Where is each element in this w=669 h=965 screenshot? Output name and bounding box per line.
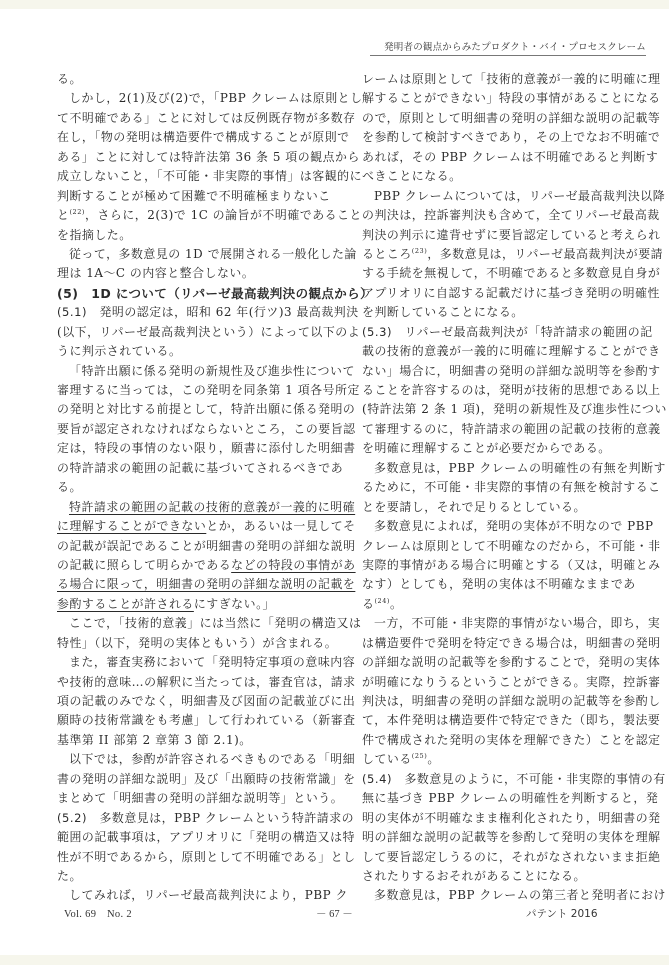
- line-text: の詳細な説明の記載等を参酌することで，発明の実体: [362, 655, 660, 669]
- text-line: されたりするおそれがあることになる。: [362, 867, 644, 886]
- underlined-text: などの特段の事情があ: [231, 558, 355, 572]
- line-text-continued: にすぎない。」: [194, 597, 275, 611]
- subsection-label: (5.2): [57, 811, 87, 825]
- line-text: を判断していることになる。: [362, 305, 524, 319]
- line-text: や技術的意味…の解釈に当たっては，審査官は，請求: [57, 675, 356, 689]
- text-line: の判決は，控訴審判決も含めて，全てリパーゼ最高裁: [362, 206, 644, 225]
- line-text: の発明と対比する前提として，特許出願に係る発明の: [57, 402, 355, 416]
- line-text: る: [362, 597, 374, 611]
- line-text: リパーゼ最高裁判決が「特許請求の範囲の記: [392, 325, 653, 339]
- line-text: と: [57, 208, 69, 222]
- line-text: 一方，不可能・非実際的事情がない場合，即ち，実: [374, 616, 660, 630]
- line-text: して要旨認定しうるのに，それがなされないまま拒絶: [362, 850, 661, 864]
- line-text: うに判示されている。: [57, 344, 181, 358]
- text-line: 一方，不可能・非実際的事情がない場合，即ち，実: [362, 614, 644, 633]
- text-line: と(22)，さらに，2(3)で 1C の論旨が不明確であること: [57, 206, 339, 225]
- line-text: 無に基づき PBP クレームの明確性を判断すると，発: [362, 791, 658, 805]
- text-line: は構造要件で発明を特定できる場合は，明細書の発明: [362, 634, 644, 653]
- text-line: 多数意見によれば，発明の実体が不明なので PBP: [362, 517, 644, 536]
- left-column: る。しかし，2(1)及び(2)で，「PBP クレームは原則として不明確である」こ…: [57, 70, 339, 906]
- text-line: 要旨が認定されなければならないところ，この要旨認: [57, 420, 339, 439]
- underlined-text: 特許請求の範囲の記載の技術的意義が一義的に明確: [69, 500, 355, 514]
- line-text: ある」ことに対しては特許法第 36 条 5 項の観点から: [57, 150, 360, 164]
- text-line: (5.1) 発明の認定は，昭和 62 年(行ツ)3 最高裁判決: [57, 303, 339, 322]
- line-text: 多数意見は，PBP クレームの第三者と発明者におけ: [374, 888, 666, 902]
- text-line: してみれば，リパーゼ最高裁判決により，PBP ク: [57, 886, 339, 905]
- line-text: 従って，多数意見の 1D で展開される一般化した論: [69, 247, 357, 261]
- line-text: クレームは原則として不明確なのだから，不可能・非: [362, 539, 661, 553]
- text-line: 明の詳細な説明の記載等を参酌して発明の実体を理解: [362, 828, 644, 847]
- top-margin-band: [0, 0, 669, 9]
- line-text: る。: [57, 72, 82, 86]
- text-line: 判決の判示に違背せずに要旨認定していると考えられ: [362, 226, 644, 245]
- line-text: る。: [57, 480, 82, 494]
- line-text: 判決は，明細書の発明の詳細な説明の記載等を参酌し: [362, 694, 661, 708]
- underlined-text: 参酌することが許される: [57, 597, 194, 611]
- line-text: まとめて「明細書の発明の詳細な説明等」という。: [57, 791, 343, 805]
- text-line: する手続を無視して，不明確であると多数意見自身が: [362, 264, 644, 283]
- text-line: て不明確である」ことに対しては反例既存物が多数存: [57, 109, 339, 128]
- line-text: あれば，その PBP クレームは不明確であると判断す: [362, 150, 658, 164]
- line-text: が明確になりうるということができる。実際，控訴審: [362, 675, 661, 689]
- text-line: 明の実体が不明確なまま権利化されたり，明細書の発: [362, 809, 644, 828]
- underlined-text: に理解することができない: [57, 519, 206, 533]
- text-line: た。: [57, 867, 339, 886]
- text-line: 解することができない」特段の事情があることになる: [362, 89, 644, 108]
- line-text: て審理するのに，特許請求の範囲の記載の技術的意義: [362, 422, 661, 436]
- text-line: 多数意見は，PBP クレームの第三者と発明者におけ: [362, 886, 644, 905]
- line-text: べきことになる。: [362, 169, 462, 183]
- text-line: 審理するに当っては，この発明を同条第 1 項各号所定: [57, 381, 339, 400]
- footnote-ref[interactable]: (25): [412, 752, 428, 760]
- text-line: して要旨認定しうるのに，それがなされないまま拒絶: [362, 848, 644, 867]
- footer-journal: パテント 2016: [526, 906, 598, 921]
- line-text: ることを許容するのは，発明が技術的思想である以上: [362, 383, 661, 397]
- text-line: (5.4) 多数意見のように，不可能・非実際的事情の有: [362, 770, 644, 789]
- bottom-margin-band: [0, 955, 669, 965]
- line-text: 書の発明の詳細な説明」及び「出願時の技術常識」を: [57, 772, 356, 786]
- text-line: クレームは原則として不明確なのだから，不可能・非: [362, 537, 644, 556]
- line-text: アプリオリに自認する記載だけに基づき発明の明確性: [362, 286, 660, 300]
- text-line: る。: [57, 478, 339, 497]
- line-text: 特性」（以下，発明の実体ともいう）が含まれる。: [57, 636, 337, 650]
- text-line: るところ(23)，多数意見は，リパーゼ最高裁判決が要請: [362, 245, 644, 264]
- text-line: る場合に限って，明細書の発明の詳細な説明の記載を: [57, 575, 339, 594]
- line-text: ので，原則として明細書の発明の詳細な説明の記載等: [362, 111, 660, 125]
- line-text: 発明の認定は，昭和 62 年(行ツ)3 最高裁判決: [87, 305, 359, 319]
- text-line: や技術的意味…の解釈に当たっては，審査官は，請求: [57, 673, 339, 692]
- line-text: (5) 1D について（リパーゼ最高裁判決の観点から）: [57, 286, 373, 301]
- line-text: 多数意見は，PBP クレームの明確性の有無を判断す: [374, 461, 666, 475]
- line-text: している: [362, 752, 412, 766]
- running-head: 発明者の観点からみたプロダクト・バイ・プロセスクレーム: [370, 39, 646, 56]
- line-text: 件で構成された発明の実体を理解できた）ことを認定: [362, 733, 661, 747]
- line-text: しかし，2(1)及び(2)で，「PBP クレームは原則とし: [69, 91, 363, 105]
- line-text: て不明確である」ことに対しては反例既存物が多数存: [57, 111, 356, 125]
- text-line: している(25)。: [362, 750, 644, 769]
- line-text: るところ: [362, 247, 412, 261]
- text-line: 載の技術的意義が一義的に明確に理解することができ: [362, 342, 644, 361]
- text-line: また，審査実務において「発明特定事項の意味内容: [57, 653, 339, 672]
- line-text: を参酌して検討すべきであり，その上でなお不明確で: [362, 130, 660, 144]
- line-text: 基準第 II 部第 2 章第 3 節 2.1)。: [57, 733, 252, 747]
- subsection-label: (5.4): [362, 772, 392, 786]
- text-line: 願時の技術常識をも考慮」して行われている（新審査: [57, 711, 339, 730]
- text-line: が明確になりうるということができる。実際，控訴審: [362, 673, 644, 692]
- line-text-continued: ，さらに，2(3)で 1C の論旨が不明確であること: [85, 208, 362, 222]
- text-line: 参酌することが許されるにすぎない。」: [57, 595, 339, 614]
- line-text: の記載に照らして明らかである: [57, 558, 231, 572]
- text-line: 判決は，明細書の発明の詳細な説明の記載等を参酌し: [362, 692, 644, 711]
- subsection-label: (5.1): [57, 305, 87, 319]
- text-line: 性が不明であるから，原則として不明確である」とし: [57, 848, 339, 867]
- text-line: るために，不可能・非実際的事情の有無を検討するこ: [362, 478, 644, 497]
- footer-page-number: － 67 －: [316, 906, 353, 921]
- text-line: ることを許容するのは，発明が技術的思想である以上: [362, 381, 644, 400]
- line-text: 多数意見は，PBP クレームという特許請求の: [87, 811, 354, 825]
- text-line: 理は 1A～C の内容と整合しない。: [57, 264, 339, 283]
- right-column: レームは原則として「技術的意義が一義的に明確に理解することができない」特段の事情…: [362, 70, 644, 906]
- footnote-ref[interactable]: (23): [412, 247, 428, 255]
- text-line: 実際的事情がある場合に明確とする（又は，明確とみ: [362, 556, 644, 575]
- section-heading: (5) 1D について（リパーゼ最高裁判決の観点から）: [57, 284, 339, 303]
- line-text: の判決は，控訴審判決も含めて，全てリパーゼ最高裁: [362, 208, 660, 222]
- line-text: (特許法第 2 条 1 項)，発明の新規性及び進歩性につい: [362, 402, 667, 416]
- line-text: の記載が誤記であることが明細書の発明の詳細な説明: [57, 539, 356, 553]
- line-text: 要旨が認定されなければならないところ，この要旨認: [57, 422, 356, 436]
- text-line: ない」場合に，明細書の発明の詳細な説明等を参酌す: [362, 362, 644, 381]
- underlined-text: る場合に限って，明細書の発明の詳細な説明の記載を: [57, 577, 355, 591]
- text-line: 特許請求の範囲の記載の技術的意義が一義的に明確: [57, 498, 339, 517]
- text-line: (特許法第 2 条 1 項)，発明の新規性及び進歩性につい: [362, 400, 644, 419]
- text-line: 従って，多数意見の 1D で展開される一般化した論: [57, 245, 339, 264]
- line-text: とを要請し，それで足りるとしている。: [362, 500, 586, 514]
- text-line: なす）としても，発明の実体は不明確なままであ: [362, 575, 644, 594]
- text-line: 項の記載のみでなく，明細書及び図面の記載並びに出: [57, 692, 339, 711]
- text-line: 成立しないこと，「不可能・非実際的事情」は客観的に: [57, 167, 339, 186]
- line-text: レームは原則として「技術的意義が一義的に明確に理: [362, 72, 661, 86]
- line-text: PBP クレームについては，リパーゼ最高裁判決以降: [374, 189, 665, 203]
- text-line: ので，原則として明細書の発明の詳細な説明の記載等: [362, 109, 644, 128]
- text-line: あれば，その PBP クレームは不明確であると判断す: [362, 148, 644, 167]
- text-line: PBP クレームについては，リパーゼ最高裁判決以降: [362, 187, 644, 206]
- line-text: されたりするおそれがあることになる。: [362, 869, 586, 883]
- text-line: レームは原則として「技術的意義が一義的に明確に理: [362, 70, 644, 89]
- footnote-ref[interactable]: (24): [374, 597, 390, 605]
- text-line: 基準第 II 部第 2 章第 3 節 2.1)。: [57, 731, 339, 750]
- text-line: る(24)。: [362, 595, 644, 614]
- line-text-continued: ，多数意見は，リパーゼ最高裁判決が要請: [427, 247, 663, 261]
- line-text: るために，不可能・非実際的事情の有無を検討するこ: [362, 480, 661, 494]
- text-line: ある」ことに対しては特許法第 36 条 5 項の観点から: [57, 148, 339, 167]
- line-text: 理は 1A～C の内容と整合しない。: [57, 266, 254, 280]
- text-line: 「特許出願に係る発明の新規性及び進歩性について: [57, 362, 339, 381]
- text-line: 判断することが極めて困難で不明確極まりないこ: [57, 187, 339, 206]
- text-line: ここで，「技術的意義」には当然に「発明の構造又は: [57, 614, 339, 633]
- text-line: 件で構成された発明の実体を理解できた）ことを認定: [362, 731, 644, 750]
- line-text: は構造要件で発明を特定できる場合は，明細書の発明: [362, 636, 661, 650]
- text-line: しかし，2(1)及び(2)で，「PBP クレームは原則とし: [57, 89, 339, 108]
- text-line: 以下では，参酌が許容されるべきものである「明細: [57, 750, 339, 769]
- line-text: する手続を無視して，不明確であると多数意見自身が: [362, 266, 660, 280]
- line-text: 願時の技術常識をも考慮」して行われている（新審査: [57, 713, 356, 727]
- text-line: 多数意見は，PBP クレームの明確性の有無を判断す: [362, 459, 644, 478]
- line-text: 審理するに当っては，この発明を同条第 1 項各号所定: [57, 383, 360, 397]
- text-line: の記載に照らして明らかであるなどの特段の事情があ: [57, 556, 339, 575]
- line-text: 明の詳細な説明の記載等を参酌して発明の実体を理解: [362, 830, 661, 844]
- line-text: してみれば，リパーゼ最高裁判決により，PBP ク: [69, 888, 348, 902]
- line-text-continued: とか，あるいは一見してそ: [206, 519, 355, 533]
- text-line: に理解することができないとか，あるいは一見してそ: [57, 517, 339, 536]
- text-line: の特許請求の範囲の記載に基づいてされるべきであ: [57, 459, 339, 478]
- line-text: なす）としても，発明の実体は不明確なままであ: [362, 577, 636, 591]
- line-text: 実際的事情がある場合に明確とする（又は，明確とみ: [362, 558, 661, 572]
- subsection-label: (5.3): [362, 325, 392, 339]
- text-line: べきことになる。: [362, 167, 644, 186]
- text-line: を明確に理解することが必要だからである。: [362, 439, 644, 458]
- text-line: る。: [57, 70, 339, 89]
- text-line: (5.3) リパーゼ最高裁判決が「特許請求の範囲の記: [362, 323, 644, 342]
- line-text: 成立しないこと，「不可能・非実際的事情」は客観的に: [57, 169, 362, 183]
- line-text: を明確に理解することが必要だからである。: [362, 441, 611, 455]
- line-text: ここで，「技術的意義」には当然に「発明の構造又は: [69, 616, 361, 630]
- text-line: まとめて「明細書の発明の詳細な説明等」という。: [57, 789, 339, 808]
- text-line: 在し，「物の発明は構造要件で構成することが原則で: [57, 128, 339, 147]
- text-line: の詳細な説明の記載等を参酌することで，発明の実体: [362, 653, 644, 672]
- text-line: の発明と対比する前提として，特許出願に係る発明の: [57, 400, 339, 419]
- line-text: 多数意見のように，不可能・非実際的事情の有: [392, 772, 666, 786]
- line-text: 定は，特段の事情のない限り，願書に添付した明細書: [57, 441, 356, 455]
- line-text: の特許請求の範囲の記載に基づいてされるべきであ: [57, 461, 343, 475]
- text-line: (5.2) 多数意見は，PBP クレームという特許請求の: [57, 809, 339, 828]
- footnote-ref[interactable]: (22): [69, 208, 85, 216]
- text-line: を判断していることになる。: [362, 303, 644, 322]
- text-line: 定は，特段の事情のない限り，願書に添付した明細書: [57, 439, 339, 458]
- line-text: (以下，リパーゼ最高裁判決という）によって以下のよ: [57, 325, 360, 339]
- line-text: ない」場合に，明細書の発明の詳細な説明等を参酌す: [362, 364, 661, 378]
- line-text: 以下では，参酌が許容されるべきものである「明細: [69, 752, 355, 766]
- line-text: 載の技術的意義が一義的に明確に理解することができ: [362, 344, 661, 358]
- footer-volume: Vol. 69 No. 2: [64, 906, 132, 921]
- line-text: を指摘した。: [57, 228, 132, 242]
- line-text: 「特許出願に係る発明の新規性及び進歩性について: [69, 364, 355, 378]
- text-line: の記載が誤記であることが明細書の発明の詳細な説明: [57, 537, 339, 556]
- text-line: 範囲の記載事項は，アプリオリに「発明の構造又は特: [57, 828, 339, 847]
- line-text-continued: 。: [390, 597, 402, 611]
- line-text: 項の記載のみでなく，明細書及び図面の記載並びに出: [57, 694, 355, 708]
- text-line: て審理するのに，特許請求の範囲の記載の技術的意義: [362, 420, 644, 439]
- text-line: を指摘した。: [57, 226, 339, 245]
- line-text: 在し，「物の発明は構造要件で構成することが原則で: [57, 130, 350, 144]
- line-text: 範囲の記載事項は，アプリオリに「発明の構造又は特: [57, 830, 355, 844]
- text-line: 特性」（以下，発明の実体ともいう）が含まれる。: [57, 634, 339, 653]
- text-line: を参酌して検討すべきであり，その上でなお不明確で: [362, 128, 644, 147]
- line-text: 多数意見によれば，発明の実体が不明なので PBP: [374, 519, 654, 533]
- line-text: た。: [57, 869, 82, 883]
- text-line: アプリオリに自認する記載だけに基づき発明の明確性: [362, 284, 644, 303]
- line-text: 明の実体が不明確なまま権利化されたり，明細書の発: [362, 811, 661, 825]
- line-text: 解することができない」特段の事情があることになる: [362, 91, 661, 105]
- text-line: とを要請し，それで足りるとしている。: [362, 498, 644, 517]
- text-line: 書の発明の詳細な説明」及び「出願時の技術常識」を: [57, 770, 339, 789]
- text-line: (以下，リパーゼ最高裁判決という）によって以下のよ: [57, 323, 339, 342]
- text-line: うに判示されている。: [57, 342, 339, 361]
- line-text-continued: 。: [427, 752, 439, 766]
- line-text: 判断することが極めて困難で不明確極まりないこ: [57, 189, 331, 203]
- text-line: て，本件発明は構造要件で特定できた（即ち，製法要: [362, 711, 644, 730]
- line-text: 性が不明であるから，原則として不明確である」とし: [57, 850, 356, 864]
- text-line: 無に基づき PBP クレームの明確性を判断すると，発: [362, 789, 644, 808]
- line-text: て，本件発明は構造要件で特定できた（即ち，製法要: [362, 713, 660, 727]
- line-text: また，審査実務において「発明特定事項の意味内容: [69, 655, 355, 669]
- line-text: 判決の判示に違背せずに要旨認定していると考えられ: [362, 228, 661, 242]
